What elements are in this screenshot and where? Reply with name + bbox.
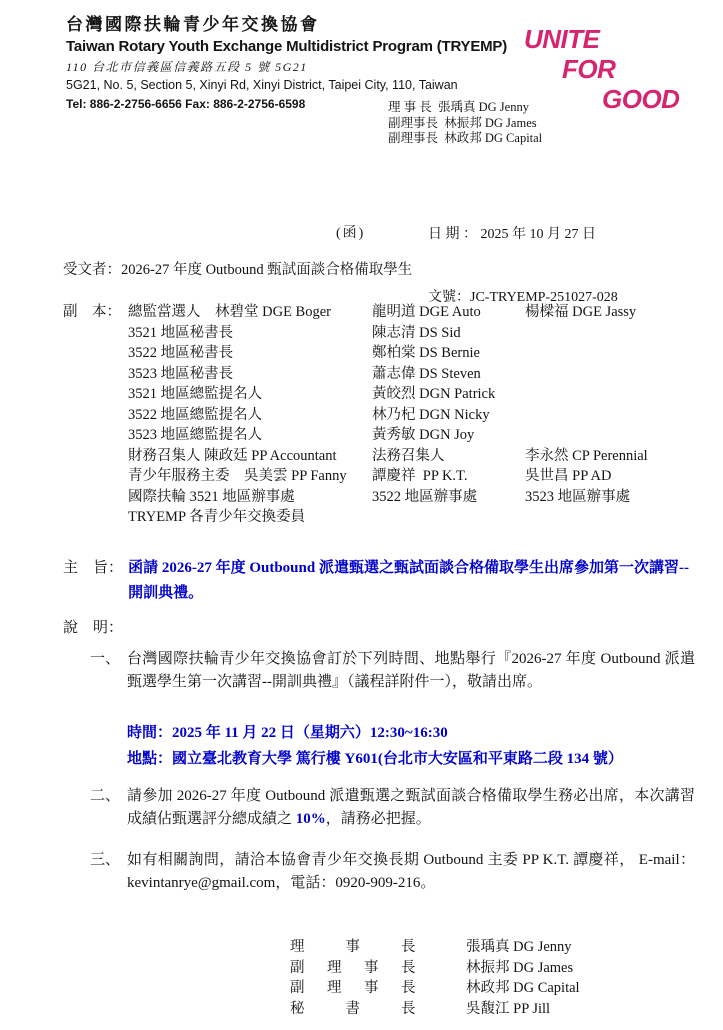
letterhead: 台灣國際扶輪青少年交換協會 Taiwan Rotary Youth Exchan… xyxy=(66,14,536,114)
cc-cell: 李永然 CP Perennial xyxy=(525,446,715,467)
cc-cell: 財務召集人 陳政廷 PP Accountant xyxy=(128,446,372,467)
address-english: 5G21, No. 5, Section 5, Xinyi Rd, Xinyi … xyxy=(66,76,536,95)
cc-cell: 3521 地區總監提名人 xyxy=(128,384,372,405)
recipient-label: 受文者： xyxy=(63,262,121,278)
signature-name: 林振邦 DG James xyxy=(466,958,573,979)
item-text: 請參加 2026-27 年度 Outbound 派遣甄選之甄試面談合格備取學生務… xyxy=(127,785,695,831)
recipient-line: 受文者：2026-27 年度 Outbound 甄試面談合格備取學生 xyxy=(63,258,412,279)
cc-cell: 3521 地區秘書長 xyxy=(128,323,372,344)
signature-title: 副 理 事 長 xyxy=(290,958,430,979)
cc-cell: 3522 地區辦事處 xyxy=(372,487,525,508)
cc-cell xyxy=(525,384,715,405)
signature-row: 秘 書 長 吳馥江 PP Jill xyxy=(290,999,580,1020)
explanation-label: 說 明： xyxy=(63,616,123,637)
letter-page: 台灣國際扶輪青少年交換協會 Taiwan Rotary Youth Exchan… xyxy=(0,0,723,1030)
explanation-item-3: 三、 如有相關詢問，請洽本協會青少年交換長期 Outbound 主委 PP K.… xyxy=(90,849,695,895)
event-highlights: 時間：2025 年 11 月 22 日（星期六）12:30~16:30 地點：國… xyxy=(127,720,623,772)
cc-cell xyxy=(525,364,715,385)
cc-table: 總監當選人 林碧堂 DGE Boger 龍明道 DGE Auto 楊樑福 DGE… xyxy=(128,302,715,528)
cc-cell: 3522 地區秘書長 xyxy=(128,343,372,364)
logo-line-3: GOOD xyxy=(602,84,684,114)
cc-cell: 譚慶祥 PP K.T. xyxy=(372,466,525,487)
cc-cell: 青少年服務主委 吳美雲 PP Fanny xyxy=(128,466,372,487)
signature-block: 理 事 長 張瑀真 DG Jenny 副 理 事 長 林振邦 DG James … xyxy=(290,937,580,1020)
subject-text: 函請 2026-27 年度 Outbound 派遣甄選之甄試面談合格備取學生出席… xyxy=(128,556,703,606)
cc-cell xyxy=(525,405,715,426)
cc-cell xyxy=(525,343,715,364)
item-text: 台灣國際扶輪青少年交換協會訂於下列時間、地點舉行『2026-27 年度 Outb… xyxy=(127,648,695,694)
cc-cell: 龍明道 DGE Auto xyxy=(372,302,525,323)
cc-cell: 3522 地區總監提名人 xyxy=(128,405,372,426)
logo-line-2: FOR xyxy=(562,54,684,84)
cc-cell xyxy=(372,507,525,528)
signature-name: 張瑀真 DG Jenny xyxy=(466,937,572,958)
signature-name: 林政邦 DG Capital xyxy=(466,978,580,999)
item-text: 如有相關詢問，請洽本協會青少年交換長期 Outbound 主委 PP K.T. … xyxy=(127,849,695,895)
org-name-chinese: 台灣國際扶輪青少年交換協會 xyxy=(66,14,536,36)
address-chinese: 110 台北市信義區信義路五段 5 號 5G21 xyxy=(66,58,536,76)
explanation-item-1: 一、 台灣國際扶輪青少年交換協會訂於下列時間、地點舉行『2026-27 年度 O… xyxy=(90,648,695,694)
cc-cell xyxy=(525,323,715,344)
item-number: 二、 xyxy=(90,785,127,831)
cc-cell: 蕭志偉 DS Steven xyxy=(372,364,525,385)
signature-row: 副 理 事 長 林政邦 DG Capital xyxy=(290,978,580,999)
item-number: 三、 xyxy=(90,849,127,895)
letter-type: (函) xyxy=(336,222,365,242)
cc-cell: 3523 地區辦事處 xyxy=(525,487,715,508)
signature-title: 副 理 事 長 xyxy=(290,978,430,999)
cc-cell: 吳世昌 PP AD xyxy=(525,466,715,487)
subject-block: 主 旨： 函請 2026-27 年度 Outbound 派遣甄選之甄試面談合格備… xyxy=(63,556,703,606)
item2-percentage-highlight: 10% xyxy=(296,811,326,827)
recipient-text: 2026-27 年度 Outbound 甄試面談合格備取學生 xyxy=(121,262,412,278)
cc-label: 副 本： xyxy=(63,302,128,528)
subject-label: 主 旨： xyxy=(63,556,128,606)
logo-line-1: UNITE xyxy=(524,24,684,54)
org-name-english: Taiwan Rotary Youth Exchange Multidistri… xyxy=(66,36,536,58)
cc-cell: 總監當選人 林碧堂 DGE Boger xyxy=(128,302,372,323)
cc-cell: 黃秀敏 DGN Joy xyxy=(372,425,525,446)
explanation-item-2: 二、 請參加 2026-27 年度 Outbound 派遣甄選之甄試面談合格備取… xyxy=(90,785,695,831)
cc-cell xyxy=(525,507,715,528)
cc-cell: 鄭柏棠 DS Bernie xyxy=(372,343,525,364)
item2-post: ，請務必把握。 xyxy=(326,811,431,827)
cc-cell: 黃皎烈 DGN Patrick xyxy=(372,384,525,405)
unite-for-good-logo: UNITE FOR GOOD xyxy=(524,24,684,114)
event-place: 地點：國立臺北教育大學 篤行樓 Y601(台北市大安區和平東路二段 134 號） xyxy=(127,746,623,772)
cc-cell: 國際扶輪 3521 地區辦事處 xyxy=(128,487,372,508)
cc-cell: TRYEMP 各青少年交換委員 xyxy=(128,507,372,528)
cc-cell: 陳志清 DS Sid xyxy=(372,323,525,344)
cc-cell: 法務召集人 xyxy=(372,446,525,467)
signature-title: 理 事 長 xyxy=(290,937,430,958)
item-number: 一、 xyxy=(90,648,127,694)
cc-cell xyxy=(525,425,715,446)
signature-title: 秘 書 長 xyxy=(290,999,430,1020)
signature-name: 吳馥江 PP Jill xyxy=(466,999,550,1020)
cc-block: 副 本： 總監當選人 林碧堂 DGE Boger 龍明道 DGE Auto 楊樑… xyxy=(63,302,715,528)
cc-cell: 3523 地區秘書長 xyxy=(128,364,372,385)
date-line: 日 期 ： 2025 年 10 月 27 日 xyxy=(428,224,618,245)
event-time: 時間：2025 年 11 月 22 日（星期六）12:30~16:30 xyxy=(127,720,623,746)
cc-cell: 楊樑福 DGE Jassy xyxy=(525,302,715,323)
signature-row: 理 事 長 張瑀真 DG Jenny xyxy=(290,937,580,958)
cc-cell: 林乃杞 DGN Nicky xyxy=(372,405,525,426)
cc-cell: 3523 地區總監提名人 xyxy=(128,425,372,446)
signature-row: 副 理 事 長 林振邦 DG James xyxy=(290,958,580,979)
